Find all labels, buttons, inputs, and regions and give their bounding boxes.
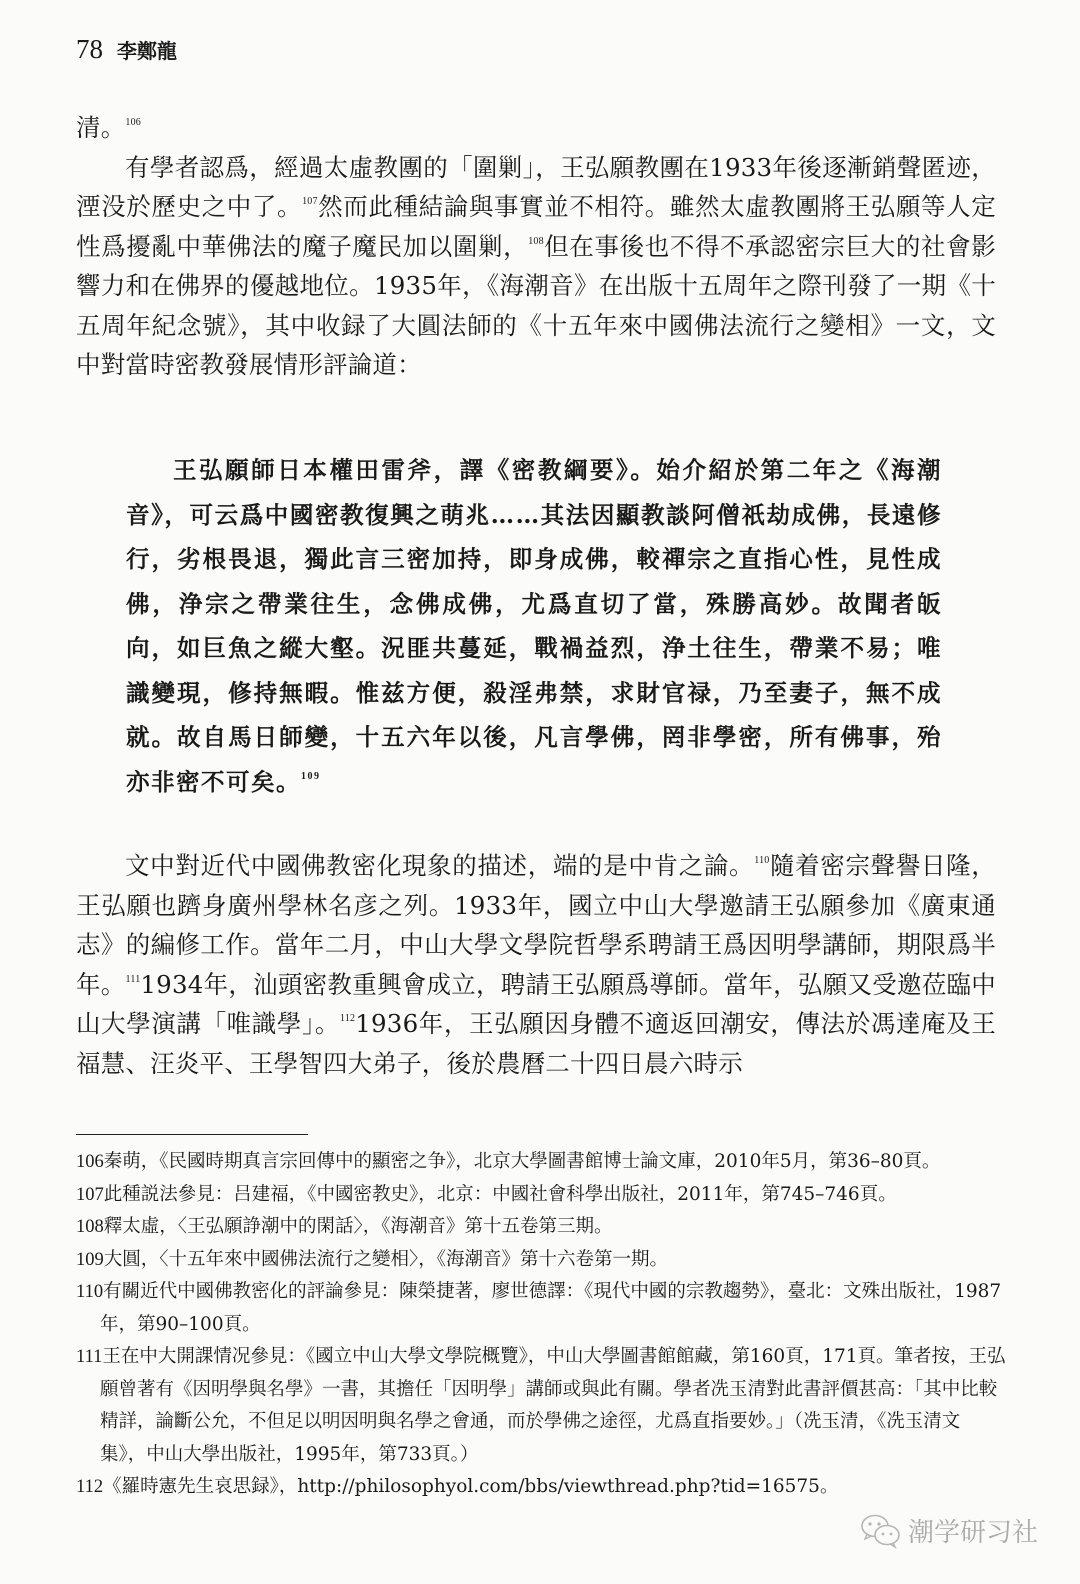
footnote-ref-111[interactable]: 111	[126, 974, 141, 985]
block-quote: 王弘願師日本權田雷斧，譯《密教綱要》。始介紹於第二年之《海潮音》，可云爲中國密教…	[126, 448, 942, 804]
footnotes: 106秦萌，《民國時期真言宗回傳中的顯密之争》，北京大學圖書館博士論文庫，201…	[76, 1146, 1006, 1504]
footnote-text: 大圓，〈十五年來中國佛法流行之變相〉，《海潮音》第十六卷第一期。	[104, 1249, 668, 1270]
paragraph-2: 文中對近代中國佛教密化現象的描述，端的是中肯之論。110隨着密宗聲譽日隆，王弘願…	[76, 846, 996, 1083]
footnote-112: 112《羅時憲先生哀思録》，http://philosophyol.com/bb…	[76, 1471, 1006, 1504]
footnote-number: 111	[76, 1347, 102, 1367]
quote-body: 王弘願師日本權田雷斧，譯《密教綱要》。始介紹於第二年之《海潮音》，可云爲中國密教…	[126, 456, 942, 796]
wechat-icon	[860, 1513, 902, 1549]
footnote-108: 108釋太虛，〈王弘願諍潮中的閑話〉，《海潮音》第十五卷第三期。	[76, 1211, 1006, 1244]
footnote-text: 秦萌，《民國時期真言宗回傳中的顯密之争》，北京大學圖書館博士論文庫，2010年5…	[104, 1151, 941, 1172]
paragraph-text: 清。	[76, 113, 125, 142]
quote-text: 王弘願師日本權田雷斧，譯《密教綱要》。始介紹於第二年之《海潮音》，可云爲中國密教…	[126, 448, 942, 804]
page-number: 78	[76, 34, 103, 65]
footnote-text: 有關近代中國佛教密化的評論參見：陳榮捷著，廖世德譯：《現代中國的宗教趨勢》，臺北…	[100, 1281, 1001, 1335]
footnote-ref-106[interactable]: 106	[125, 117, 141, 128]
footnote-111: 111王在中大開課情况參見：《國立中山大學文學院概覽》，中山大學圖書館館藏，第1…	[76, 1341, 1006, 1471]
footnote-text: 釋太虛，〈王弘願諍潮中的閑話〉，《海潮音》第十五卷第三期。	[104, 1216, 613, 1237]
footnote-number: 112	[76, 1477, 103, 1497]
footnote-number: 107	[76, 1185, 104, 1205]
footnote-ref-109[interactable]: 109	[301, 771, 321, 782]
footnote-106: 106秦萌，《民國時期真言宗回傳中的顯密之争》，北京大學圖書館博士論文庫，201…	[76, 1146, 1006, 1179]
footnote-text[interactable]: 《羅時憲先生哀思録》，http://philosophyol.com/bbs/v…	[103, 1476, 838, 1497]
footnote-number: 110	[76, 1282, 103, 1302]
paragraph-continuation: 清。106	[76, 108, 996, 148]
footnote-number: 109	[76, 1250, 104, 1270]
main-text-bottom: 文中對近代中國佛教密化現象的描述，端的是中肯之論。110隨着密宗聲譽日隆，王弘願…	[76, 846, 996, 1083]
paragraph-text: 文中對近代中國佛教密化現象的描述，端的是中肯之論。	[125, 851, 754, 880]
footnote-ref-108[interactable]: 108	[528, 236, 544, 247]
footnote-ref-110[interactable]: 110	[754, 855, 769, 866]
watermark-text: 潮学研习社	[908, 1512, 1038, 1549]
footnote-text: 王在中大開課情况參見：《國立中山大學文學院概覽》，中山大學圖書館館藏，第160頁…	[100, 1346, 1006, 1465]
watermark: 潮学研习社	[860, 1512, 1038, 1549]
main-text-top: 清。106 有學者認爲，經過太虛教團的「圍剿」，王弘願教團在1933年後逐漸銷聲…	[76, 108, 996, 385]
footnote-110: 110有關近代中國佛教密化的評論參見：陳榮捷著，廖世德譯：《現代中國的宗教趨勢》…	[76, 1276, 1006, 1341]
footnote-109: 109大圓，〈十五年來中國佛法流行之變相〉，《海潮音》第十六卷第一期。	[76, 1244, 1006, 1277]
footnote-ref-112[interactable]: 112	[340, 1013, 355, 1024]
running-header-author: 李鄭龍	[117, 35, 177, 64]
footnote-number: 108	[76, 1217, 104, 1237]
footnote-text: 此種説法參見：吕建福，《中國密教史》，北京：中國社會科學出版社，2011年，第7…	[104, 1184, 897, 1205]
footnote-number: 106	[76, 1152, 104, 1172]
footnote-107: 107此種説法參見：吕建福，《中國密教史》，北京：中國社會科學出版社，2011年…	[76, 1179, 1006, 1212]
footnote-divider	[76, 1134, 308, 1135]
footnote-ref-107[interactable]: 107	[302, 196, 318, 207]
running-header: 78 李鄭龍	[76, 34, 177, 65]
paragraph-1: 有學者認爲，經過太虛教團的「圍剿」，王弘願教團在1933年後逐漸銷聲匿迹，湮没於…	[76, 148, 996, 385]
